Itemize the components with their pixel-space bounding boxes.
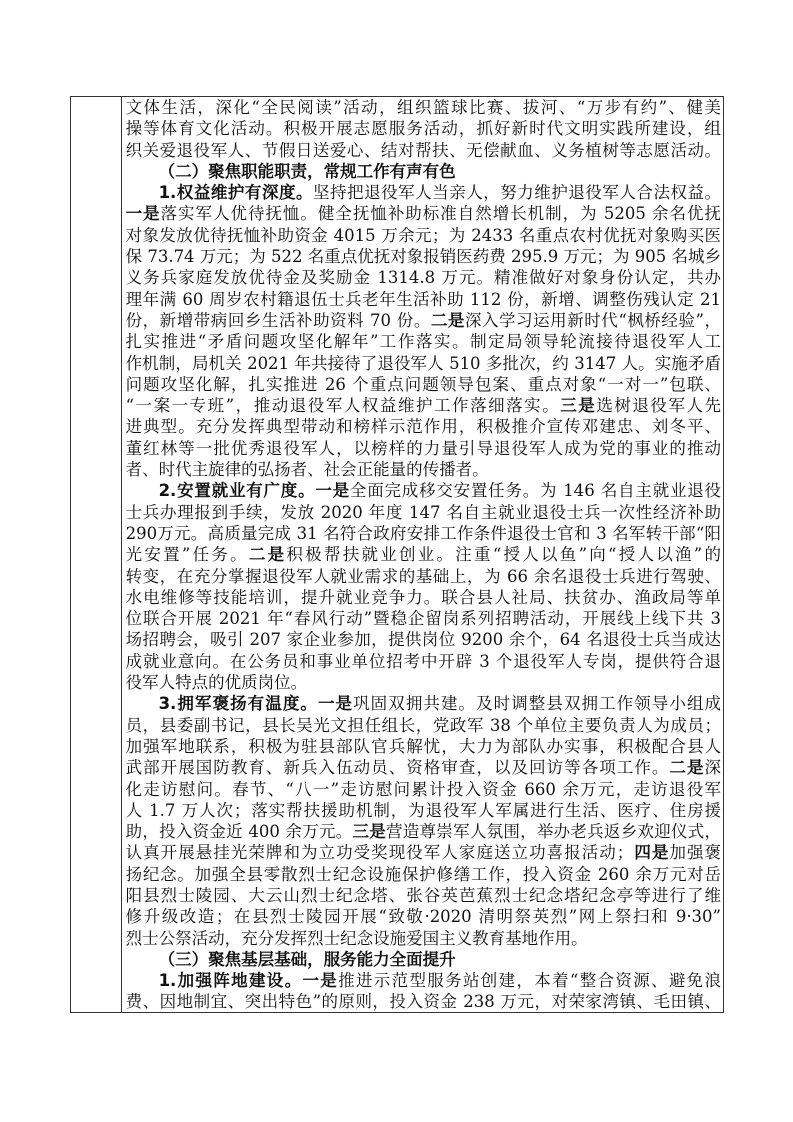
body-text: 化走访慰问。春节、“八一”走访慰问累计投入资金 660 余万元，走访退役军 [126, 780, 721, 799]
body-text: 全面完成移交安置任务。为 146 名自主就业退役 [350, 481, 721, 500]
paragraph-line: 位联合开展 2021 年“春风行动”暨稳企留岗系列招聘活动，开展线上线下共 3 [126, 608, 721, 629]
paragraph-line: 费、因地制宜、突出特色”的原则，投入资金 238 万元，对荣家湾镇、毛田镇、 [126, 991, 721, 1012]
section-heading: （二）聚焦职能职责，常规工作有声有色 [126, 161, 721, 182]
paragraph-line: 化走访慰问。春节、“八一”走访慰问累计投入资金 660 余万元，走访退役军 [126, 779, 721, 800]
body-text: 巩固双拥共建。及时调整县双拥工作领导小组成 [353, 694, 721, 713]
body-text: （三）聚焦基层基础，服务能力全面提升 [159, 950, 456, 969]
paragraph-line: 者、时代主旋律的弘扬者、社会正能量的传播者。 [126, 459, 721, 480]
paragraph-line: 理年满 60 周岁农村籍退伍士兵老年生活补助 112 份，新增、调整伤残认定 2… [126, 289, 721, 310]
paragraph-line: 扬纪念。加强全县零散烈士纪念设施保护修缮工作，投入资金 260 余万元对岳 [126, 864, 721, 885]
paragraph-line: 光安置”任务。二是积极帮扶就业创业。注重“授人以鱼”向“授人以渔”的 [126, 544, 721, 565]
paragraph-line: 义务兵家庭发放优待金及奖励金 1314.8 万元。精准做好对象身份认定，共办 [126, 267, 721, 288]
body-text: 修升级改造；在县烈士陵园开展“致敬·2020 清明祭英烈”网上祭扫和 9·30” [126, 907, 721, 926]
body-text: 者、时代主旋律的弘扬者、社会正能量的传播者。 [126, 460, 489, 479]
table-left-column [71, 97, 122, 1012]
body-text: 290万元。高质量完成 31 名符合政府安排工作条件退役士官和 3 名军转干部“… [126, 524, 721, 543]
bold-lead-text: 2.安置就业有广度。一是 [159, 481, 350, 500]
paragraph-line: 一是落实军人优待抚恤。健全抚恤补助标准自然增长机制，为 5205 余名优抚 [126, 203, 721, 224]
body-text: 积极帮扶就业创业。注重“授人以鱼”向“授人以渔”的 [286, 545, 721, 564]
body-text: 坚持把退役军人当亲人，努力维护退役军人合法权益。 [313, 183, 721, 202]
body-text: 认真开展悬挂光荣牌和为立功受奖现役军人家庭送立功喜报活动； [126, 843, 634, 862]
body-text: 份，新增带病回乡生活补助资料 70 份。 [126, 311, 431, 330]
body-text: 武部开展国防教育、新兵入伍动员、资格审查，以及回访等各项工作。 [126, 758, 670, 777]
paragraph-line: 扎实推进“矛盾问题攻坚化解年”工作落实。制定局领导轮流接待退役军人工 [126, 331, 721, 352]
content-table: 文体生活，深化“全民阅读”活动，组织篮球比赛、拔河、“万步有约”、健美操等体育文… [70, 96, 724, 1013]
paragraph-line: 役军人特点的优质岗位。 [126, 672, 721, 693]
body-text: （二）聚焦职能职责，常规工作有声有色 [159, 162, 456, 181]
paragraph-line: 份，新增带病回乡生活补助资料 70 份。二是深入学习运用新时代“枫桥经验”， [126, 310, 721, 331]
bold-lead-text: 3.拥军褒扬有温度。一是 [159, 694, 354, 713]
bold-lead-text: 三是 [352, 822, 386, 841]
bold-lead-text: 二是 [249, 545, 287, 564]
paragraph-line: 成就业意向。在公务员和事业单位招考中开辟 3 个退役军人专岗，提供符合退 [126, 651, 721, 672]
paragraph-line: 士兵办理报到手续，发放 2020 年度 147 名自主就业退役士兵一次性经济补助 [126, 502, 721, 523]
paragraph-line: 织关爱退役军人、节假日送爱心、结对帮扶、无偿献血、义务植树等志愿活动。 [126, 140, 721, 161]
paragraph-line: “一案一专班”，推动退役军人权益维护工作落细落实。三是选树退役军人先 [126, 395, 721, 416]
document-page: 文体生活，深化“全民阅读”活动，组织篮球比赛、拔河、“万步有约”、健美操等体育文… [0, 0, 793, 1122]
section-heading: （三）聚焦基层基础，服务能力全面提升 [126, 949, 721, 970]
paragraph-line: 人 1.7 万人次；落实帮扶援助机制，为退役军人军属进行生活、医疗、住房援 [126, 800, 721, 821]
body-text: 对象发放优待抚恤补助资金 4015 万余元；为 2433 名重点农村优抚对象购买… [126, 226, 721, 245]
body-text: 扎实推进“矛盾问题攻坚化解年”工作落实。制定局领导轮流接待退役军人工 [126, 332, 721, 351]
paragraph-line: 场招聘会，吸引 207 家企业参加，提供岗位 9200 余个，64 名退役士兵当… [126, 629, 721, 650]
body-text: 费、因地制宜、突出特色”的原则，投入资金 238 万元，对荣家湾镇、毛田镇、 [126, 992, 721, 1011]
body-text: 营造尊崇军人氛围，举办老兵返乡欢迎仪式， [386, 822, 721, 841]
paragraph-line: 文体生活，深化“全民阅读”活动，组织篮球比赛、拔河、“万步有约”、健美 [126, 97, 721, 118]
bold-lead-text: 三是 [560, 396, 596, 415]
body-text: 选树退役军人先 [596, 396, 721, 415]
body-text: 员，县委副书记，县长吴光文担任组长，党政军 38 个单位主要负责人为成员； [126, 716, 721, 735]
body-text: 阳县烈士陵园、大云山烈士纪念塔、张谷英芭蕉烈士纪念塔纪念亭等进行了维 [126, 886, 721, 905]
paragraph-line: 修升级改造；在县烈士陵园开展“致敬·2020 清明祭英烈”网上祭扫和 9·30” [126, 906, 721, 927]
body-text: 推进示范型服务站创建，本着“整合资源、避免浪 [338, 971, 721, 990]
paragraph-line: 武部开展国防教育、新兵入伍动员、资格审查，以及回访等各项工作。二是深 [126, 757, 721, 778]
body-text: 烈士公祭活动，充分发挥烈士纪念设施爱国主义教育基地作用。 [126, 929, 588, 948]
body-text: 扬纪念。加强全县零散烈士纪念设施保护修缮工作，投入资金 260 余万元对岳 [126, 865, 721, 884]
body-text: 光安置”任务。 [126, 545, 249, 564]
bold-lead-text: 四是 [633, 843, 669, 862]
body-text: 转变，在充分掌握退役军人就业需求的基础上，为 66 余名退役士兵进行驾驶、 [126, 567, 721, 586]
bold-lead-text: 1.权益维护有深度。 [159, 183, 313, 202]
paragraph-line: 员，县委副书记，县长吴光文担任组长，党政军 38 个单位主要负责人为成员； [126, 715, 721, 736]
paragraph-line: 烈士公祭活动，充分发挥烈士纪念设施爱国主义教育基地作用。 [126, 928, 721, 949]
body-text: 文体生活，深化“全民阅读”活动，组织篮球比赛、拔河、“万步有约”、健美 [126, 98, 721, 117]
paragraph-line: 转变，在充分掌握退役军人就业需求的基础上，为 66 余名退役士兵进行驾驶、 [126, 566, 721, 587]
paragraph-line: 阳县烈士陵园、大云山烈士纪念塔、张谷英芭蕉烈士纪念塔纪念亭等进行了维 [126, 885, 721, 906]
paragraph-line: 进典型。充分发挥典型带动和榜样示范作用，积极推介宣传邓建忠、刘冬平、 [126, 416, 721, 437]
paragraph-line: 水电维修等技能培训，提升就业竞争力。联合县人社局、扶贫办、渔政局等单 [126, 587, 721, 608]
body-text: 役军人特点的优质岗位。 [126, 673, 308, 692]
paragraph-line: 对象发放优待抚恤补助资金 4015 万余元；为 2433 名重点农村优抚对象购买… [126, 225, 721, 246]
body-text: 深 [705, 758, 721, 777]
table-content-column: 文体生活，深化“全民阅读”活动，组织篮球比赛、拔河、“万步有约”、健美操等体育文… [122, 97, 723, 1012]
paragraph-line: 2.安置就业有广度。一是全面完成移交安置任务。为 146 名自主就业退役 [126, 480, 721, 501]
paragraph-line: 认真开展悬挂光荣牌和为立功受奖现役军人家庭送立功喜报活动；四是加强褒 [126, 842, 721, 863]
paragraph-line: 董红林等一批优秀退役军人，以榜样的力量引导退役军人成为党的事业的推动 [126, 438, 721, 459]
body-text: 义务兵家庭发放优待金及奖励金 1314.8 万元。精准做好对象身份认定，共办 [126, 268, 721, 287]
bold-lead-text: 二是 [431, 311, 465, 330]
body-text: 加强军地联系，积极为驻县部队官兵解忧，大力为部队办实事，积极配合县人 [126, 737, 721, 756]
body-text: 场招聘会，吸引 207 家企业参加，提供岗位 9200 余个，64 名退役士兵当… [126, 630, 721, 649]
paragraph-line: 1.权益维护有深度。坚持把退役军人当亲人，努力维护退役军人合法权益。 [126, 182, 721, 203]
body-text: 水电维修等技能培训，提升就业竞争力。联合县人社局、扶贫办、渔政局等单 [126, 588, 721, 607]
paragraph-line: 3.拥军褒扬有温度。一是巩固双拥共建。及时调整县双拥工作领导小组成 [126, 693, 721, 714]
paragraph-line: 1.加强阵地建设。一是推进示范型服务站创建，本着“整合资源、避免浪 [126, 970, 721, 991]
body-text: 人 1.7 万人次；落实帮扶援助机制，为退役军人军属进行生活、医疗、住房援 [126, 801, 721, 820]
body-text: 保 73.74 万元；为 522 名重点优抚对象报销医药费 295.9 万元；为… [126, 247, 721, 266]
body-text: 成就业意向。在公务员和事业单位招考中开辟 3 个退役军人专岗，提供符合退 [126, 652, 721, 671]
paragraph-line: 保 73.74 万元；为 522 名重点优抚对象报销医药费 295.9 万元；为… [126, 246, 721, 267]
bold-lead-text: 一是 [126, 204, 161, 223]
body-text: 落实军人优待抚恤。健全抚恤补助标准自然增长机制，为 5205 余名优抚 [161, 204, 721, 223]
body-text: 位联合开展 2021 年“春风行动”暨稳企留岗系列招聘活动，开展线上线下共 3 [126, 609, 721, 628]
paragraph-line: 操等体育文化活动。积极开展志愿服务活动，抓好新时代文明实践所建设，组 [126, 118, 721, 139]
body-text: 助，投入资金近 400 余万元。 [126, 822, 353, 841]
bold-lead-text: 二是 [669, 758, 704, 777]
paragraph-line: 加强军地联系，积极为驻县部队官兵解忧，大力为部队办实事，积极配合县人 [126, 736, 721, 757]
paragraph-line: 助，投入资金近 400 余万元。三是营造尊崇军人氛围，举办老兵返乡欢迎仪式， [126, 821, 721, 842]
body-text: 织关爱退役军人、节假日送爱心、结对帮扶、无偿献血、义务植树等志愿活动。 [126, 141, 721, 160]
body-text: 进典型。充分发挥典型带动和榜样示范作用，积极推介宣传邓建忠、刘冬平、 [126, 417, 721, 436]
body-text: “一案一专班”，推动退役军人权益维护工作落细落实。 [126, 396, 561, 415]
body-text: 操等体育文化活动。积极开展志愿服务活动，抓好新时代文明实践所建设，组 [126, 119, 721, 138]
body-text: 董红林等一批优秀退役军人，以榜样的力量引导退役军人成为党的事业的推动 [126, 439, 721, 458]
paragraph-line: 问题攻坚化解，扎实推进 26 个重点问题领导包案、重点对象“一对一”包联、 [126, 374, 721, 395]
body-text: 加强褒 [669, 843, 721, 862]
body-text: 士兵办理报到手续，发放 2020 年度 147 名自主就业退役士兵一次性经济补助 [126, 503, 721, 522]
paragraph-line: 290万元。高质量完成 31 名符合政府安排工作条件退役士官和 3 名军转干部“… [126, 523, 721, 544]
body-text: 理年满 60 周岁农村籍退伍士兵老年生活补助 112 份，新增、调整伤残认定 2… [126, 290, 721, 309]
body-text: 深入学习运用新时代“枫桥经验”， [465, 311, 721, 330]
bold-lead-text: 1.加强阵地建设。一是 [159, 971, 339, 990]
body-text: 问题攻坚化解，扎实推进 26 个重点问题领导包案、重点对象“一对一”包联、 [126, 375, 721, 394]
body-text: 作机制，局机关 2021 年共接待了退役军人 510 多批次，约 3147 人。… [126, 354, 721, 373]
paragraph-line: 作机制，局机关 2021 年共接待了退役军人 510 多批次，约 3147 人。… [126, 353, 721, 374]
